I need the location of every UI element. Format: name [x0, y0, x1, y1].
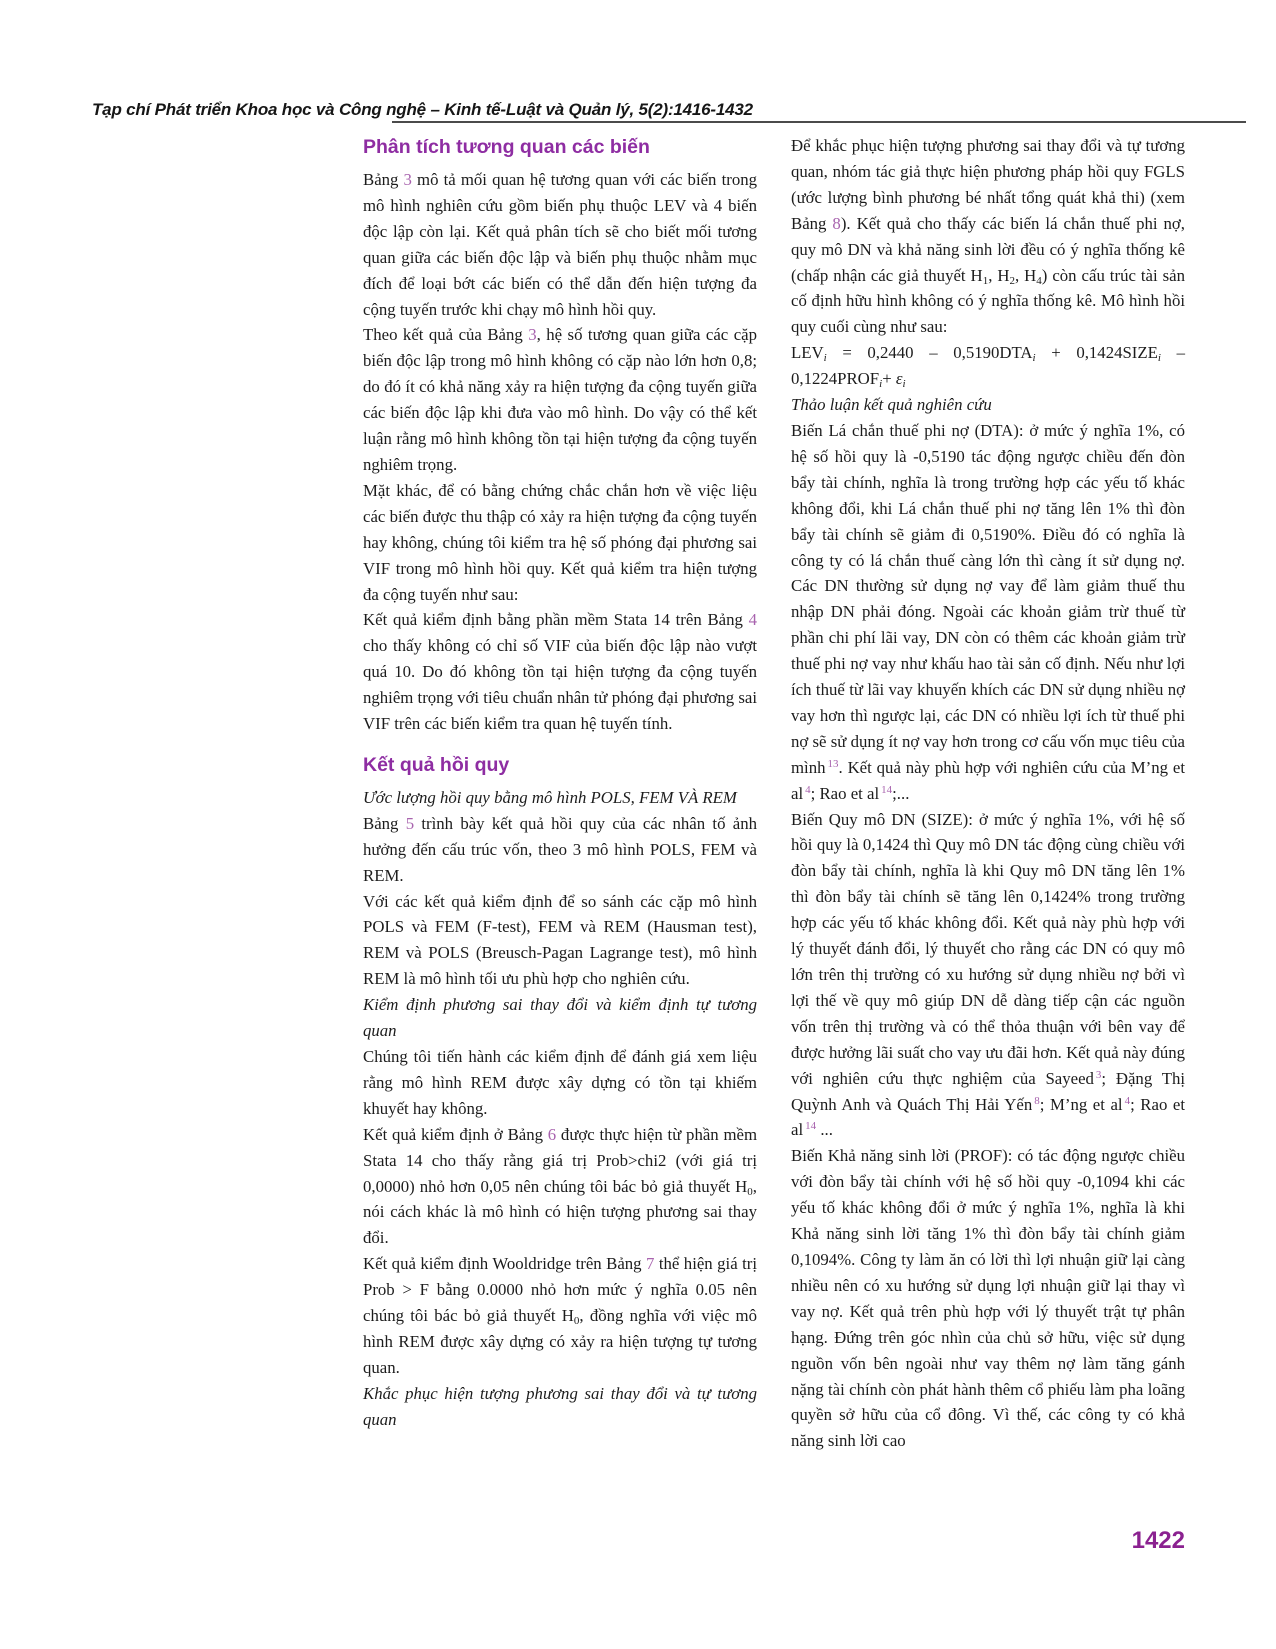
- text-segment: +: [882, 369, 896, 388]
- italic-subheading: Ước lượng hồi quy bằng mô hình POLS, FEM…: [363, 785, 757, 811]
- text-segment: Biến Quy mô DN (SIZE): ở mức ý nghĩa 1%,…: [791, 810, 1185, 1088]
- regression-equation: LEVi = 0,2440 – 0,5190DTAi + 0,1424SIZEi…: [791, 340, 1185, 392]
- text-segment: ; Rao et al: [811, 784, 880, 803]
- italic-subheading: Khắc phục hiện tượng phương sai thay đổi…: [363, 1381, 757, 1433]
- table-reference-link[interactable]: 3: [404, 170, 412, 189]
- page-number: 1422: [1132, 1527, 1185, 1555]
- paragraph: Chúng tôi tiến hành các kiểm định để đán…: [363, 1044, 757, 1122]
- text-segment: , H: [988, 266, 1009, 285]
- two-column-body: Phân tích tương quan các biếnBảng 3 mô t…: [363, 133, 1185, 1454]
- text-segment: Với các kết quả kiểm định để so sánh các…: [363, 892, 757, 989]
- journal-header: Tạp chí Phát triển Khoa học và Công nghệ…: [92, 99, 1252, 120]
- text-segment: Bảng: [363, 814, 406, 833]
- left-column: Phân tích tương quan các biếnBảng 3 mô t…: [363, 133, 757, 1433]
- text-segment: + 0,1424SIZE: [1036, 343, 1158, 362]
- right-column: Để khắc phục hiện tượng phương sai thay …: [791, 133, 1185, 1454]
- paragraph: Biến Quy mô DN (SIZE): ở mức ý nghĩa 1%,…: [791, 807, 1185, 1144]
- paragraph: Với các kết quả kiểm định để so sánh các…: [363, 889, 757, 993]
- text-segment: trình bày kết quả hồi quy của các nhân t…: [363, 814, 757, 885]
- text-segment: i: [903, 378, 906, 390]
- paragraph: Bảng 5 trình bày kết quả hồi quy của các…: [363, 811, 757, 889]
- paragraph: Bảng 3 mô tả mối quan hệ tương quan với …: [363, 167, 757, 322]
- text-segment: Kết quả kiểm định Wooldridge trên Bảng: [363, 1254, 646, 1273]
- paragraph: Biến Khả năng sinh lời (PROF): có tác độ…: [791, 1143, 1185, 1454]
- citation-reference-link[interactable]: 14: [881, 784, 892, 796]
- table-reference-link[interactable]: 8: [832, 214, 840, 233]
- header-rule: [392, 121, 1246, 123]
- text-segment: Thảo luận kết quả nghiên cứu: [791, 395, 992, 414]
- paragraph: Kết quả kiểm định Wooldridge trên Bảng 7…: [363, 1251, 757, 1381]
- table-reference-link[interactable]: 3: [528, 325, 536, 344]
- text-segment: Chúng tôi tiến hành các kiểm định để đán…: [363, 1047, 757, 1118]
- text-segment: Theo kết quả của Bảng: [363, 325, 528, 344]
- text-segment: Kết quả kiểm định bằng phần mềm Stata 14…: [363, 610, 749, 629]
- section-heading: Phân tích tương quan các biến: [363, 135, 757, 159]
- text-segment: Mặt khác, để có bằng chứng chắc chắn hơn…: [363, 481, 757, 604]
- citation-reference-link[interactable]: 13: [828, 758, 839, 770]
- text-segment: = 0,2440 – 0,5190DTA: [827, 343, 1033, 362]
- text-segment: cho thấy không có chỉ số VIF của biến độ…: [363, 636, 757, 733]
- text-segment: Kiểm định phương sai thay đổi và kiểm đị…: [363, 995, 757, 1040]
- text-segment: ;...: [892, 784, 909, 803]
- paper-page: Tạp chí Phát triển Khoa học và Công nghệ…: [0, 0, 1276, 1649]
- table-reference-link[interactable]: 4: [749, 610, 757, 629]
- paragraph: Để khắc phục hiện tượng phương sai thay …: [791, 133, 1185, 340]
- text-segment: mô tả mối quan hệ tương quan với các biế…: [363, 170, 757, 319]
- text-segment: ; M’ng et al: [1040, 1095, 1123, 1114]
- text-segment: , H: [1015, 266, 1036, 285]
- table-reference-link[interactable]: 6: [548, 1125, 556, 1144]
- text-segment: , hệ số tương quan giữa các cặp biến độc…: [363, 325, 757, 474]
- table-reference-link[interactable]: 5: [406, 814, 414, 833]
- text-segment: Khắc phục hiện tượng phương sai thay đổi…: [363, 1384, 757, 1429]
- paragraph: Kết quả kiểm định ở Bảng 6 được thực hiệ…: [363, 1122, 757, 1252]
- text-segment: ...: [816, 1120, 833, 1139]
- paragraph: Biến Lá chắn thuế phi nợ (DTA): ở mức ý …: [791, 418, 1185, 807]
- text-segment: Kết quả kiểm định ở Bảng: [363, 1125, 548, 1144]
- text-segment: Biến Lá chắn thuế phi nợ (DTA): ở mức ý …: [791, 421, 1185, 777]
- text-segment: Ước lượng hồi quy bằng mô hình POLS, FEM…: [363, 788, 737, 807]
- citation-reference-link[interactable]: 14: [805, 1120, 816, 1132]
- paragraph: Theo kết quả của Bảng 3, hệ số tương qua…: [363, 322, 757, 477]
- text-segment: ε: [896, 369, 903, 388]
- text-segment: Bảng: [363, 170, 404, 189]
- section-heading: Kết quả hồi quy: [363, 753, 757, 777]
- text-segment: Biến Khả năng sinh lời (PROF): có tác độ…: [791, 1146, 1185, 1450]
- text-segment: LEV: [791, 343, 824, 362]
- paragraph: Mặt khác, để có bằng chứng chắc chắn hơn…: [363, 478, 757, 608]
- paragraph: Kết quả kiểm định bằng phần mềm Stata 14…: [363, 607, 757, 737]
- italic-subheading: Thảo luận kết quả nghiên cứu: [791, 392, 1185, 418]
- italic-subheading: Kiểm định phương sai thay đổi và kiểm đị…: [363, 992, 757, 1044]
